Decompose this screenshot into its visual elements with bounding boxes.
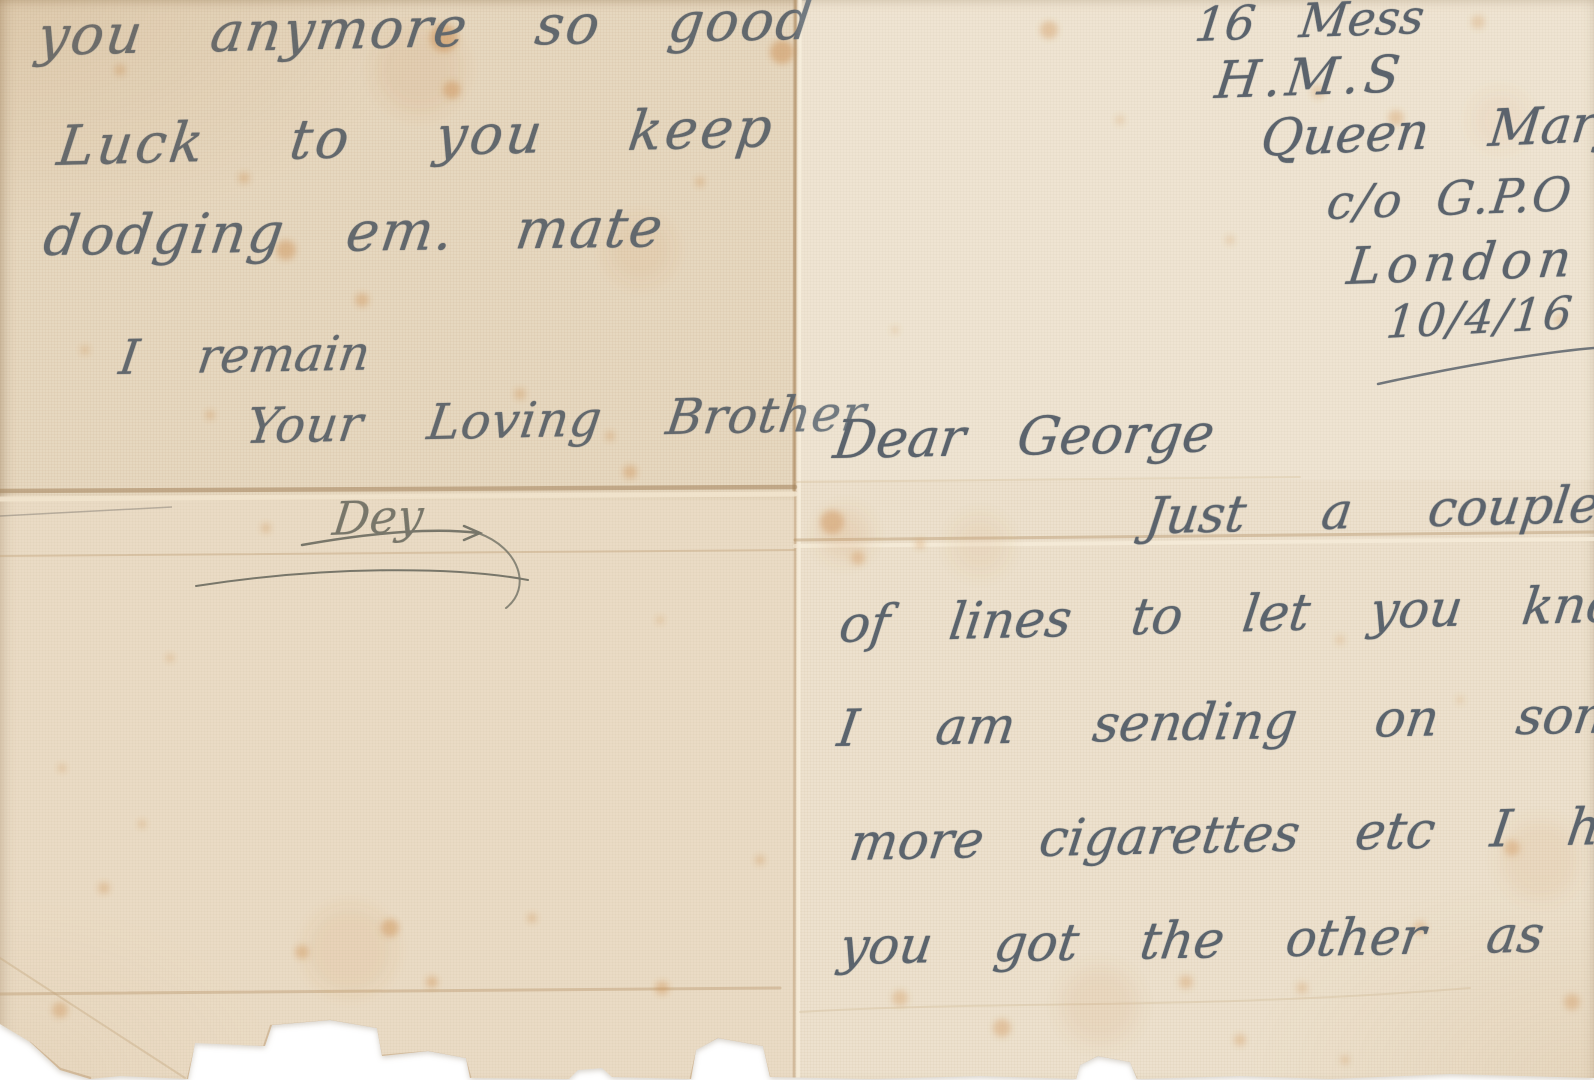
left-body-line-2: Luck to you keep [54, 97, 779, 176]
address-line-mess: 16 Mess [1192, 0, 1427, 52]
closing-line-i-remain: I remain [116, 327, 373, 384]
right-body-line-2: of lines to let you know [836, 576, 1594, 654]
ink-flourishes [196, 348, 1594, 608]
left-body-line-3: dodging em. mate [40, 197, 668, 266]
address-line-hms: H.M.S [1212, 47, 1408, 110]
paper-tint-bottom-left [0, 500, 795, 1080]
address-line-gpo: c/o G.P.O [1324, 169, 1576, 230]
faint-pencil-line [0, 507, 172, 516]
left-body-line-1: you anymore so good [34, 0, 818, 66]
paper-shadow: you anymore so good Luck to you keep dod… [0, 0, 1594, 1080]
letter-paper: you anymore so good Luck to you keep dod… [0, 0, 1594, 1080]
right-body-line-5: you got the other as I [836, 906, 1594, 976]
right-body-line-3: I am sending on some [834, 688, 1594, 758]
salutation: Dear George [830, 405, 1218, 470]
signature: Dey [330, 491, 426, 545]
right-body-line-4: more cigarettes etc I hope [846, 798, 1594, 872]
closing-line-loving-brother: Your Loving Brother [243, 387, 870, 454]
scanned-letter: you anymore so good Luck to you keep dod… [0, 0, 1594, 1080]
right-body-line-1: Just a couple [1142, 478, 1594, 546]
address-line-city: London [1344, 232, 1580, 296]
date-line: 10/4/16 [1384, 288, 1576, 348]
